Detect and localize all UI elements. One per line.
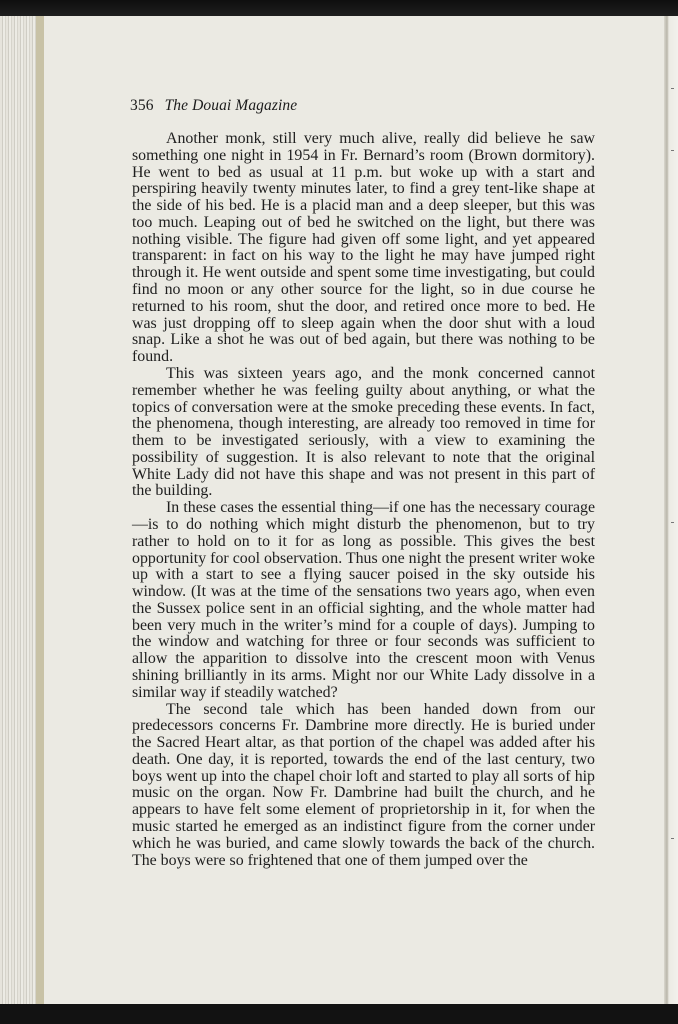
page-stack-shadow xyxy=(36,16,44,1004)
gutter-mark xyxy=(671,838,674,839)
gutter-mark xyxy=(671,150,674,151)
paragraph-sixteen-years-ago: This was sixteen years ago, and the monk… xyxy=(132,366,595,500)
running-head: 356The Douai Magazine xyxy=(130,97,297,115)
body-text: Another monk, still very much alive, rea… xyxy=(132,131,595,869)
page-number: 356 xyxy=(130,97,154,114)
paragraph-second-tale: The second tale which has been handed do… xyxy=(132,702,595,870)
journal-title: The Douai Magazine xyxy=(165,97,298,114)
paragraph-monk-sighting: Another monk, still very much alive, rea… xyxy=(132,131,595,366)
book-bottom-edge xyxy=(0,1004,678,1024)
gutter-mark xyxy=(671,522,674,523)
paragraph-essential-thing: In these cases the essential thing—if on… xyxy=(132,500,595,701)
book-top-edge xyxy=(0,0,678,16)
book-gutter xyxy=(664,16,678,1004)
gutter-mark xyxy=(671,88,674,89)
